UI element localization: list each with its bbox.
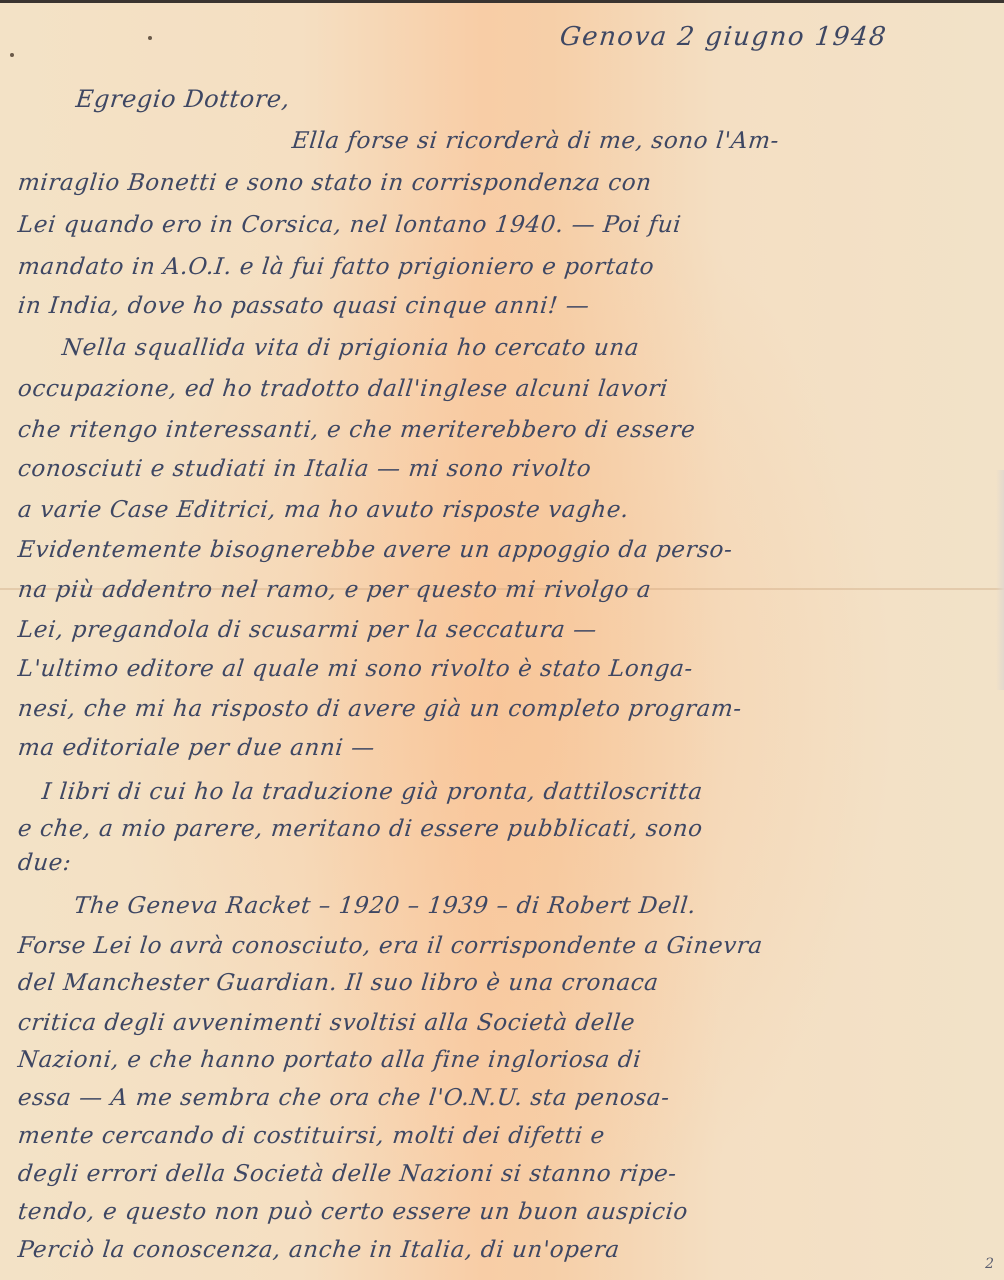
letter-salutation: Egregio Dottore, [75, 85, 292, 113]
letter-line: due: [17, 850, 73, 876]
letter-page: Genova 2 giugno 1948 Egregio Dottore, El… [0, 0, 1004, 1280]
letter-line: mandato in A.O.I. e là fui fatto prigion… [17, 254, 656, 280]
letter-line: Forse Lei lo avrà conosciuto, era il cor… [17, 933, 764, 959]
paper-spot [10, 53, 14, 57]
letter-line: e che, a mio parere, meritano di essere … [17, 816, 704, 842]
page-top-edge [0, 0, 1004, 3]
letter-line: mente cercando di costituirsi, molti dei… [17, 1123, 607, 1149]
letter-line: che ritengo interessanti, e che meritere… [17, 417, 697, 443]
letter-dateline: Genova 2 giugno 1948 [558, 22, 888, 52]
letter-line: tendo, e questo non può certo essere un … [17, 1199, 690, 1225]
letter-line: na più addentro nel ramo, e per questo m… [17, 577, 653, 603]
letter-line: I libri di cui ho la traduzione già pron… [41, 779, 704, 805]
letter-line: Evidentemente bisognerebbe avere un appo… [17, 537, 734, 563]
letter-line: Ella forse si ricorderà di me, sono l'Am… [291, 128, 781, 154]
letter-line: occupazione, ed ho tradotto dall'inglese… [17, 376, 670, 402]
paper-fold-edge [996, 470, 1004, 690]
letter-line: Perciò la conoscenza, anche in Italia, d… [17, 1237, 621, 1263]
letter-line: essa — A me sembra che ora che l'O.N.U. … [17, 1085, 671, 1111]
letter-line: miraglio Bonetti e sono stato in corrisp… [17, 170, 653, 196]
letter-line: Nella squallida vita di prigionia ho cer… [61, 335, 641, 361]
letter-line: The Geneva Racket – 1920 – 1939 – di Rob… [73, 893, 698, 919]
letter-line: in India, dove ho passato quasi cinque a… [17, 293, 591, 319]
letter-line: conosciuti e studiati in Italia — mi son… [17, 456, 593, 482]
letter-line: del Manchester Guardian. Il suo libro è … [17, 970, 660, 996]
letter-line: Lei quando ero in Corsica, nel lontano 1… [17, 212, 683, 238]
letter-line: nesi, che mi ha risposto di avere già un… [17, 696, 743, 722]
letter-line: a varie Case Editrici, ma ho avuto rispo… [17, 497, 631, 523]
letter-line: ma editoriale per due anni — [17, 735, 377, 761]
letter-line: L'ultimo editore al quale mi sono rivolt… [17, 656, 695, 682]
paper-spot [148, 36, 152, 40]
letter-line: Nazioni, e che hanno portato alla fine i… [17, 1047, 643, 1073]
letter-line: degli errori della Società delle Nazioni… [17, 1161, 678, 1187]
letter-line: critica degli avvenimenti svoltisi alla … [17, 1010, 637, 1036]
page-number: 2 [985, 1256, 994, 1272]
letter-line: Lei, pregandola di scusarmi per la secca… [17, 617, 599, 643]
